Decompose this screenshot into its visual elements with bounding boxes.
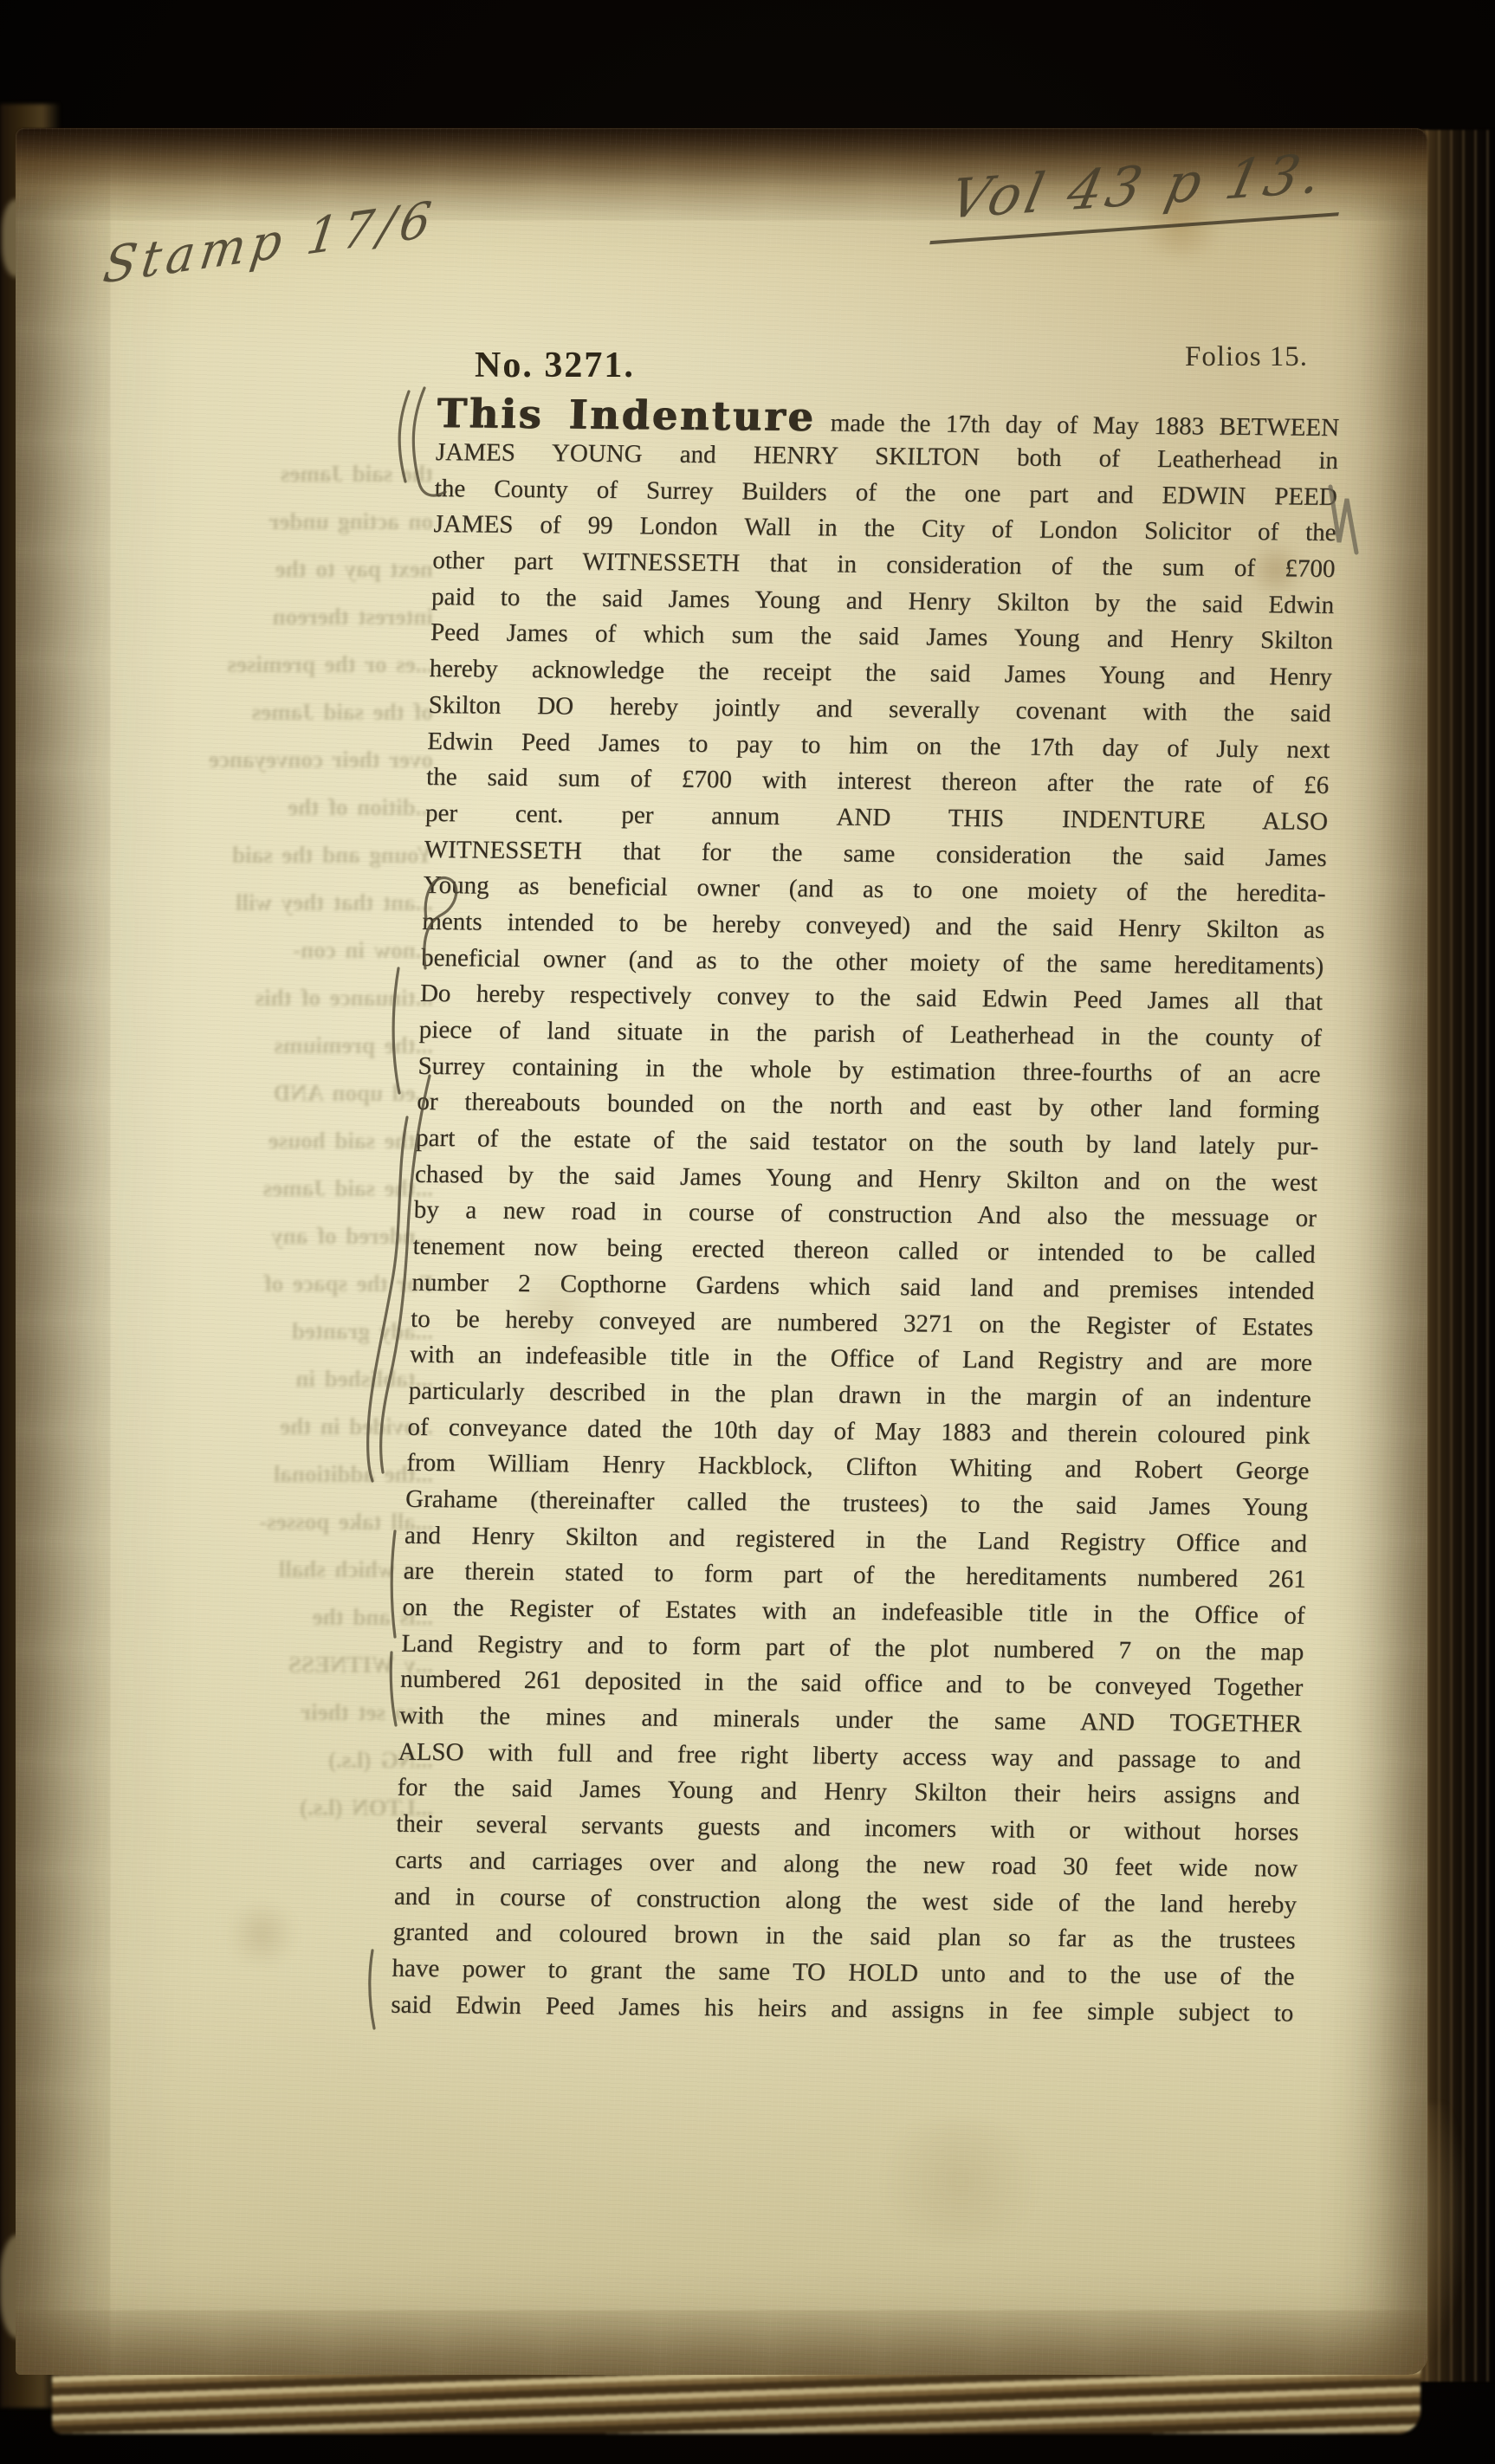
showthrough-line: ...NG (l.s.) — [128, 1736, 433, 1784]
showthrough-line: ...LTON (l.s.) — [128, 1784, 433, 1832]
showthrough-line: ...is and the — [128, 1594, 433, 1641]
paper-stain — [223, 1904, 301, 1964]
showthrough-line: ...es or the premises — [128, 641, 433, 689]
showthrough-line: over their conveyance — [128, 736, 433, 784]
showthrough-line: ...the said house — [128, 1117, 433, 1165]
showthrough-line: ...y WITNESS — [128, 1641, 433, 1689]
verso-showthrough-text: the said Jameson acting undernext pay to… — [128, 450, 433, 1832]
showthrough-line: next pay to the — [128, 546, 433, 593]
showthrough-line: ...the premiums — [128, 1022, 433, 1070]
folios-count: Folios 15. — [1185, 341, 1308, 373]
showthrough-line: ...ed upon AND — [128, 1070, 433, 1117]
showthrough-line: ...so set their — [128, 1689, 433, 1736]
showthrough-line: of the said James — [128, 689, 433, 736]
showthrough-line: ...the additional — [128, 1451, 433, 1498]
showthrough-line: ...dition of the — [128, 784, 433, 831]
showthrough-line: For the space of — [128, 1260, 433, 1308]
paper-stain — [864, 2120, 1055, 2241]
showthrough-line: ...ant that they will — [128, 879, 433, 927]
opening-line-rest: made the 17th day of May 1883 BETWEEN — [830, 409, 1339, 442]
showthrough-line: ...ndered of any — [128, 1213, 433, 1260]
showthrough-line: ...now in con- — [128, 927, 433, 974]
document-number: No. 3271. — [475, 345, 635, 386]
photo-of-ledger-page: the said Jameson acting undernext pay to… — [0, 0, 1495, 2464]
body-lines: JAMES YOUNG and HENRY SKILTON both of Le… — [391, 435, 1339, 2032]
showthrough-line: Young and the said — [128, 831, 433, 879]
showthrough-line: ...ady granted — [128, 1308, 433, 1355]
showthrough-line: ...tablished in — [128, 1355, 433, 1403]
indenture-body-text: This Indenture made the 17th day of May … — [391, 391, 1340, 2032]
blackletter-opening-words: This Indenture — [437, 390, 817, 440]
showthrough-line: interest thereon — [128, 593, 433, 641]
showthrough-line: ...a which shall — [128, 1546, 433, 1594]
showthrough-line: the said James — [128, 450, 433, 498]
showthrough-line: ...ovided in the — [128, 1403, 433, 1451]
showthrough-line: ...all take posses- — [128, 1498, 433, 1546]
showthrough-line: on acting under — [128, 498, 433, 546]
showthrough-line: ...the said James — [128, 1165, 433, 1213]
showthrough-line: ...tinuance of this — [128, 974, 433, 1022]
